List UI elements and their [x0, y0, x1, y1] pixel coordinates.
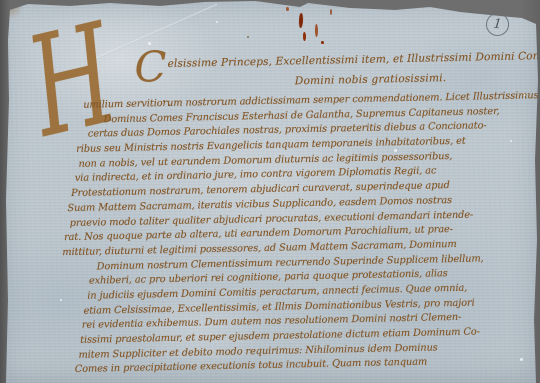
- letter-body: umilium servitiorum nostrorum addictissi…: [0, 89, 540, 379]
- manuscript-page: 1 H Celsissime Princeps, Excellentissimi…: [0, 0, 540, 383]
- letter-text: H Celsissime Princeps, Excellentissimi i…: [0, 0, 540, 383]
- salutation-initial-letter: C: [134, 42, 167, 92]
- salutation-text: elsissime Princeps, Excellentissimi item…: [167, 50, 540, 70]
